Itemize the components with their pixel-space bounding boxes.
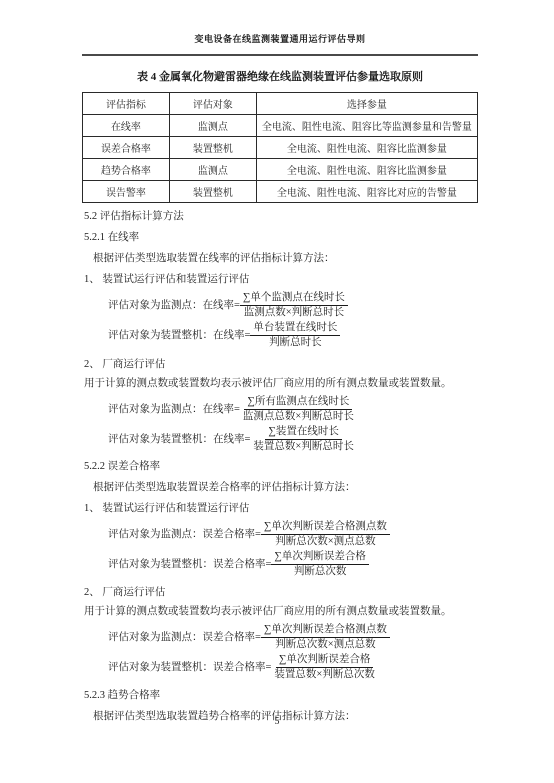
formula-line: 评估对象为装置整机：在线率= ∑装置在线时长 装置总数×判断总时长 <box>82 426 478 453</box>
fraction-denominator: 判断总次数×测点总数 <box>272 535 378 548</box>
fraction: ∑单次判断误差合格测点数 判断总次数×测点总数 <box>261 624 390 651</box>
page-number: 5 <box>0 716 554 727</box>
table-cell: 全电流、阻性电流、阻容比监测参量 <box>256 137 477 159</box>
fraction-numerator: ∑单次判断误差合格测点数 <box>261 624 390 638</box>
formula-line: 评估对象为监测点：在线率= ∑单个监测点在线时长 监测点数×判断总时长 <box>82 292 478 319</box>
table-cell: 误差合格率 <box>83 137 170 159</box>
document-content: 变电设备在线监测装置通用运行评估导则 表 4 金属氧化物避雷器绝缘在线监测装置评… <box>82 0 478 722</box>
fraction: 单台装置在线时长 判断总时长 <box>250 322 340 349</box>
paragraph-note: 用于计算的测点数或装置数均表示被评估厂商应用的所有测点数量或装置数量。 <box>82 606 478 617</box>
fraction: ∑单个监测点在线时长 监测点数×判断总时长 <box>240 292 348 319</box>
list-item: 1、 装置试运行评估和装置运行评估 <box>82 274 478 285</box>
fraction: ∑单次判断误差合格 装置总数×判断总次数 <box>271 654 377 681</box>
section-heading-5-2-3: 5.2.3 趋势合格率 <box>82 690 478 701</box>
table-cell: 监测点 <box>169 159 256 181</box>
table-cell: 在线率 <box>83 115 170 137</box>
formula-line: 评估对象为装置整机：在线率= 单台装置在线时长 判断总时长 <box>82 322 478 349</box>
fraction-denominator: 监测点数×判断总时长 <box>241 306 347 319</box>
table-header-cell: 选择参量 <box>256 93 477 115</box>
section-heading-5-2-2: 5.2.2 误差合格率 <box>82 461 478 472</box>
document-header-title: 变电设备在线监测装置通用运行评估导则 <box>82 34 478 56</box>
fraction-numerator: ∑单次判断误差合格 <box>276 654 374 668</box>
table-header-row: 评估指标 评估对象 选择参量 <box>83 93 478 115</box>
formula-label: 评估对象为监测点：在线率= <box>108 404 240 415</box>
fraction-numerator: ∑单次判断误差合格测点数 <box>261 521 390 535</box>
table-cell: 趋势合格率 <box>83 159 170 181</box>
paragraph-note: 用于计算的测点数或装置数均表示被评估厂商应用的所有测点数量或装置数量。 <box>82 378 478 389</box>
table-cell: 装置整机 <box>169 137 256 159</box>
table-header-cell: 评估对象 <box>169 93 256 115</box>
table-row: 在线率 监测点 全电流、阻性电流、阻容比等监测参量和告警量 <box>83 115 478 137</box>
table-header-cell: 评估指标 <box>83 93 170 115</box>
table-row: 误告警率 装置整机 全电流、阻性电流、阻容比对应的告警量 <box>83 181 478 203</box>
formula-line: 评估对象为监测点：误差合格率= ∑单次判断误差合格测点数 判断总次数×测点总数 <box>82 624 478 651</box>
formula-line: 评估对象为监测点：误差合格率= ∑单次判断误差合格测点数 判断总次数×测点总数 <box>82 521 478 548</box>
table-cell: 监测点 <box>169 115 256 137</box>
fraction-denominator: 装置总数×判断总时长 <box>250 440 356 453</box>
fraction-numerator: ∑装置在线时长 <box>265 426 342 440</box>
table-cell: 全电流、阻性电流、阻容比对应的告警量 <box>256 181 477 203</box>
fraction-numerator: ∑单次判断误差合格 <box>271 551 369 565</box>
table-row: 误差合格率 装置整机 全电流、阻性电流、阻容比监测参量 <box>83 137 478 159</box>
formula-label: 评估对象为装置整机：在线率= <box>108 434 250 445</box>
table-cell: 误告警率 <box>83 181 170 203</box>
table-caption: 表 4 金属氧化物避雷器绝缘在线监测装置评估参量选取原则 <box>82 71 478 84</box>
fraction-denominator: 判断总次数×测点总数 <box>272 638 378 651</box>
table-cell: 全电流、阻性电流、阻容比监测参量 <box>256 159 477 181</box>
section-heading-5-2: 5.2 评估指标计算方法 <box>82 211 478 222</box>
table-cell: 装置整机 <box>169 181 256 203</box>
fraction: ∑单次判断误差合格 判断总次数 <box>271 551 369 578</box>
fraction-denominator: 装置总数×判断总次数 <box>271 668 377 681</box>
formula-label: 评估对象为装置整机：误差合格率= <box>108 662 271 673</box>
table-cell: 全电流、阻性电流、阻容比等监测参量和告警量 <box>256 115 477 137</box>
fraction: ∑所有监测点在线时长 监测点总数×判断总时长 <box>240 396 357 423</box>
formula-line: 评估对象为监测点：在线率= ∑所有监测点在线时长 监测点总数×判断总时长 <box>82 396 478 423</box>
document-page: 变电设备在线监测装置通用运行评估导则 表 4 金属氧化物避雷器绝缘在线监测装置评… <box>0 0 554 783</box>
fraction-denominator: 判断总时长 <box>266 336 325 349</box>
fraction-numerator: 单台装置在线时长 <box>250 322 340 336</box>
paragraph-intro: 根据评估类型选取装置在线率的评估指标计算方法： <box>82 253 478 264</box>
fraction-numerator: ∑所有监测点在线时长 <box>244 396 352 410</box>
formula-line: 评估对象为装置整机：误差合格率= ∑单次判断误差合格 装置总数×判断总次数 <box>82 654 478 681</box>
fraction-numerator: ∑单个监测点在线时长 <box>240 292 348 306</box>
list-item: 2、 厂商运行评估 <box>82 587 478 598</box>
section-heading-5-2-1: 5.2.1 在线率 <box>82 232 478 243</box>
formula-label: 评估对象为装置整机：误差合格率= <box>108 559 271 570</box>
list-item: 1、 装置试运行评估和装置运行评估 <box>82 503 478 514</box>
formula-label: 评估对象为监测点：误差合格率= <box>108 632 261 643</box>
formula-line: 评估对象为装置整机：误差合格率= ∑单次判断误差合格 判断总次数 <box>82 551 478 578</box>
fraction-denominator: 判断总次数 <box>291 565 350 578</box>
list-item: 2、 厂商运行评估 <box>82 359 478 370</box>
evaluation-parameter-table: 评估指标 评估对象 选择参量 在线率 监测点 全电流、阻性电流、阻容比等监测参量… <box>82 92 478 203</box>
paragraph-intro: 根据评估类型选取装置误差合格率的评估指标计算方法： <box>82 482 478 493</box>
fraction: ∑装置在线时长 装置总数×判断总时长 <box>250 426 356 453</box>
formula-label: 评估对象为装置整机：在线率= <box>108 330 250 341</box>
fraction: ∑单次判断误差合格测点数 判断总次数×测点总数 <box>261 521 390 548</box>
table-row: 趋势合格率 监测点 全电流、阻性电流、阻容比监测参量 <box>83 159 478 181</box>
fraction-denominator: 监测点总数×判断总时长 <box>240 410 357 423</box>
formula-label: 评估对象为监测点：在线率= <box>108 300 240 311</box>
formula-label: 评估对象为监测点：误差合格率= <box>108 529 261 540</box>
